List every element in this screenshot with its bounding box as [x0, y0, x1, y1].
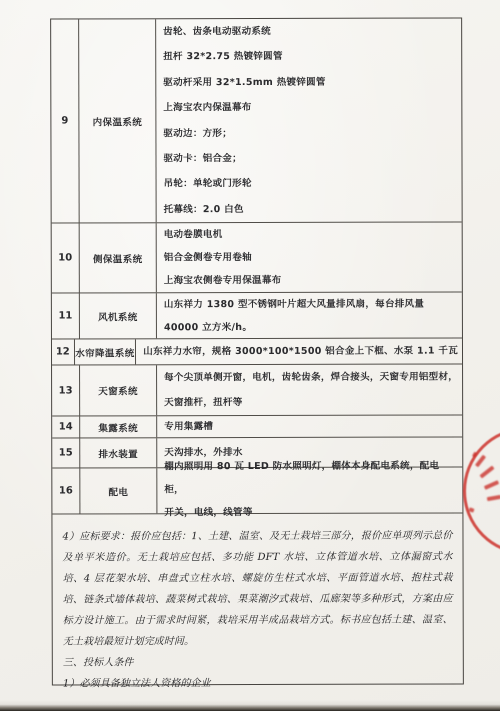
bidder-condition-item-1: 1）必须具备独立法人资格的企业 [63, 672, 453, 694]
row-number: 10 [52, 223, 80, 292]
description-line: 扭杆 32*2.75 热镀锌圆管 [163, 44, 457, 70]
description-line: 每个尖顶单侧开窗，电机，齿轮齿条，焊合接头，天窗专用铝型材， [164, 364, 458, 390]
system-description: 每个尖顶单侧开窗，电机，齿轮齿条，焊合接头，天窗专用铝型材，天窗推杆，扭杆等 [157, 364, 462, 415]
table-row: 9 内保温系统 齿轮、齿条电动驱动系统扭杆 32*2.75 热镀锌圆管驱动杆采用… [51, 18, 462, 223]
seal-text-mark [472, 452, 477, 458]
system-name: 侧保温系统 [80, 223, 157, 292]
system-name: 集露系统 [80, 416, 157, 437]
row-number: 9 [51, 19, 80, 222]
system-description: 专用集露槽 [157, 415, 462, 437]
description-line: 电动卷膜电机 [164, 222, 458, 246]
scan-edge-shadow [0, 700, 500, 711]
table-row: 16 配电 棚内照明用 80 瓦 LED 防水照明灯，棚体本身配电系统，配电柜，… [52, 467, 462, 514]
system-name: 配电 [80, 468, 157, 513]
description-line: 上海宝农内保温幕布 [163, 95, 457, 121]
system-name: 内保温系统 [79, 19, 157, 222]
spec-table-rows: 9 内保温系统 齿轮、齿条电动驱动系统扭杆 32*2.75 热镀锌圆管驱动杆采用… [51, 18, 462, 514]
seal-text-mark [487, 495, 500, 501]
seal-text-mark [475, 455, 486, 468]
system-description: 电动卷膜电机铝合金侧卷专用卷轴上海宝农侧卷专用保温幕布 [157, 222, 462, 292]
system-description: 齿轮、齿条电动驱动系统扭杆 32*2.75 热镀锌圆管驱动杆采用 32*1.5m… [156, 18, 462, 222]
description-line: 山东祥力水帘，规格 3000*100*1500 铝合金上下框、水泵 1.1 千瓦 [143, 339, 458, 363]
row-number: 13 [52, 365, 80, 415]
description-line: 托幕线：2.0 白色 [164, 196, 458, 222]
description-line: 驱动卡：铝合金； [163, 145, 457, 171]
description-line: 驱动边：方形； [163, 120, 457, 146]
notes-cell: 4）应标要求：报价应包括：1、土建、温室、及无土栽培三部分，报价应单项列示总价及… [52, 513, 462, 684]
table-row: 12 水帘降温系统 山东祥力水帘，规格 3000*100*1500 铝合金上下框… [52, 338, 462, 365]
system-description: 山东祥力水帘，规格 3000*100*1500 铝合金上下框、水泵 1.1 千瓦 [136, 338, 462, 364]
seal-text-mark [479, 465, 494, 478]
description-line: 开关，电线，线管等 [164, 501, 458, 525]
description-line: 山东祥力 1380 型不锈钢叶片超大风量排风扇，每台排风量 [164, 292, 458, 316]
table-row: 14 集露系统 专用集露槽 [52, 415, 462, 438]
system-description: 山东祥力 1380 型不锈钢叶片超大风量排风扇，每台排风量40000 立方米/h… [157, 292, 462, 338]
system-name: 水帘降温系统 [75, 339, 137, 364]
description-line: 铝合金侧卷专用卷轴 [164, 245, 458, 269]
seal-text-mark [484, 480, 499, 490]
description-line: 驱动杆采用 32*1.5mm 热镀锌圆管 [163, 69, 457, 95]
seal-ring-arc [463, 427, 500, 555]
description-line: 棚内照明用 80 瓦 LED 防水照明灯，棚体本身配电系统，配电柜， [164, 456, 458, 502]
bidder-conditions-heading: 三、投标人条件 [63, 651, 453, 673]
description-line: 吊轮：单轮或门形轮 [164, 171, 458, 197]
description-line: 专用集露槽 [164, 414, 458, 438]
bid-requirements-paragraph: 4）应标要求：报价应包括：1、土建、温室、及无土栽培三部分，报价应单项列示总价及… [62, 525, 452, 652]
system-name: 天窗系统 [80, 365, 157, 415]
table-row: 11 风机系统 山东祥力 1380 型不锈钢叶片超大风量排风扇，每台排风量400… [52, 292, 462, 339]
description-line: 天窗推杆，扭杆等 [164, 389, 458, 415]
row-number: 14 [52, 416, 80, 437]
description-line: 40000 立方米/h。 [164, 315, 458, 339]
description-line: 齿轮、齿条电动驱动系统 [163, 18, 457, 44]
row-number: 16 [52, 468, 80, 513]
row-number: 11 [52, 293, 80, 338]
red-seal-stamp [459, 423, 500, 553]
table-row: 13 天窗系统 每个尖顶单侧开窗，电机，齿轮齿条，焊合接头，天窗专用铝型材，天窗… [52, 364, 462, 416]
system-description: 棚内照明用 80 瓦 LED 防水照明灯，棚体本身配电系统，配电柜，开关，电线，… [157, 467, 462, 513]
row-number: 12 [52, 339, 75, 364]
system-name: 风机系统 [80, 293, 157, 338]
spec-table: 9 内保温系统 齿轮、齿条电动驱动系统扭杆 32*2.75 热镀锌圆管驱动杆采用… [50, 17, 464, 685]
row-number: 15 [52, 438, 80, 467]
system-name: 排水装置 [80, 438, 157, 467]
scanned-document-page: 9 内保温系统 齿轮、齿条电动驱动系统扭杆 32*2.75 热镀锌圆管驱动杆采用… [0, 0, 500, 711]
description-line: 上海宝农侧卷专用保温幕布 [164, 268, 458, 292]
seal-text-mark [468, 507, 474, 512]
table-row: 10 侧保温系统 电动卷膜电机铝合金侧卷专用卷轴上海宝农侧卷专用保温幕布 [52, 222, 462, 293]
